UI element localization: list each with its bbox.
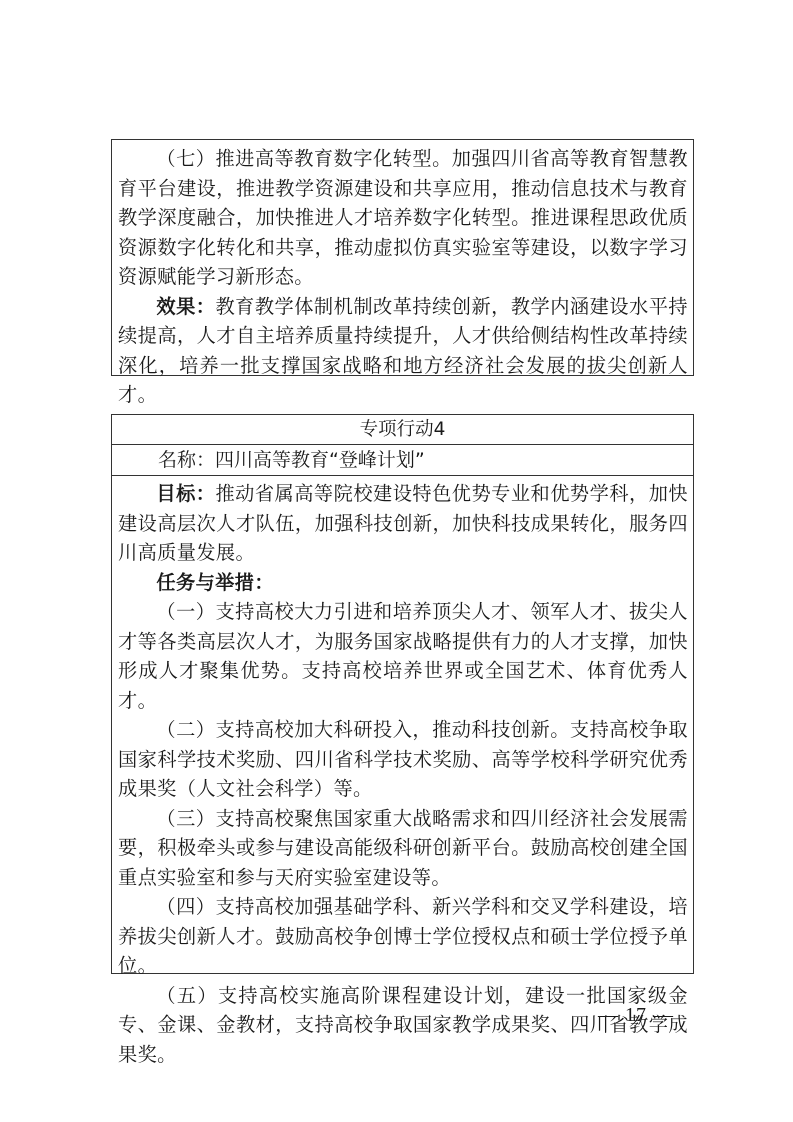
task-item-3: （三）支持高校聚焦国家重大战略需求和四川经济社会发展需要，积极牵头或参与建设高能… — [118, 804, 688, 893]
special-action-header: 专项行动4 — [112, 415, 693, 445]
tasks-heading: 任务与举措： — [118, 568, 688, 598]
action-name: 名称：四川高等教育“登峰计划” — [112, 445, 693, 476]
action-body: 目标：推动省属高等院校建设特色优势专业和优势学科，加快建设高层次人才队伍，加强科… — [112, 476, 693, 1069]
task-item-2: （二）支持高校加大科研投入，推动科技创新。支持高校争取国家科学技术奖励、四川省科… — [118, 715, 688, 804]
task-7-paragraph: （七）推进高等教育数字化转型。加强四川省高等教育智慧教育平台建设，推进教学资源建… — [118, 144, 688, 292]
effect-label: 效果： — [156, 295, 215, 318]
special-action-4-box: 专项行动4 名称：四川高等教育“登峰计划” 目标：推动省属高等院校建设特色优势专… — [111, 414, 694, 974]
page-number: — 17 — — [598, 1004, 674, 1027]
effect-paragraph: 效果：教育教学体制机制改革持续创新，教学内涵建设水平持续提高，人才自主培养质量持… — [118, 292, 688, 410]
task-item-1: （一）支持高校大力引进和培养顶尖人才、领军人才、拔尖人才等各类高层次人才，为服务… — [118, 597, 688, 715]
task-item-4: （四）支持高校加强基础学科、新兴学科和交叉学科建设，培养拔尖创新人才。鼓励高校争… — [118, 892, 688, 981]
goal-paragraph: 目标：推动省属高等院校建设特色优势专业和优势学科，加快建设高层次人才队伍，加强科… — [118, 479, 688, 568]
goal-label: 目标： — [156, 482, 215, 505]
tasks-label: 任务与举措： — [156, 571, 274, 594]
action-box-continued: （七）推进高等教育数字化转型。加强四川省高等教育智慧教育平台建设，推进教学资源建… — [111, 139, 694, 376]
